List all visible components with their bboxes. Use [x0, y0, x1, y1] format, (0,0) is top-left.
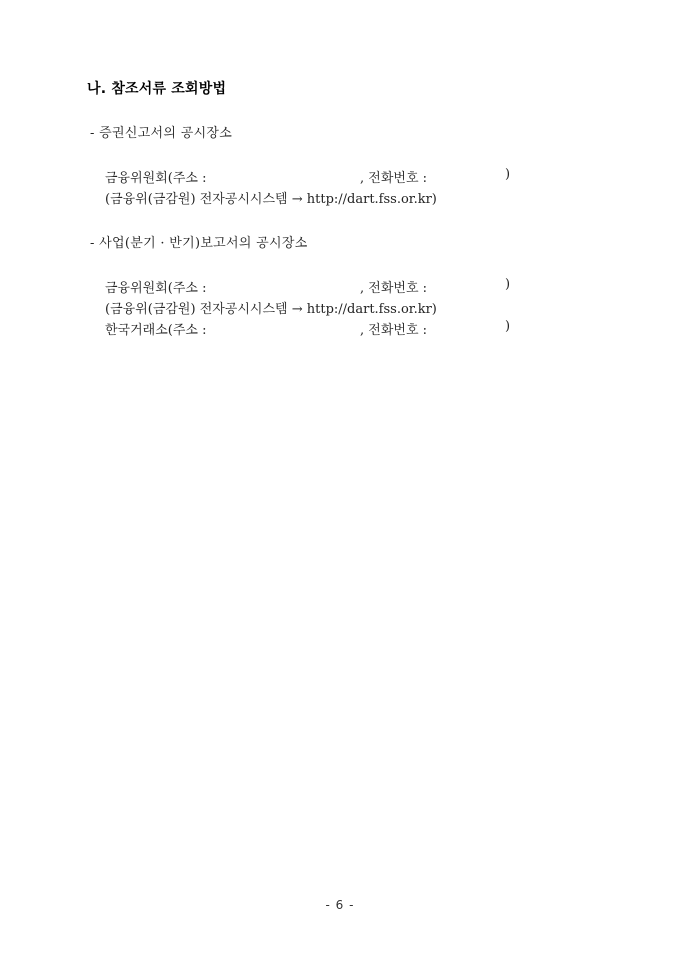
section-heading: 나. 참조서류 조회방법 [87, 78, 226, 98]
address-label: 금융위원회(주소 : [105, 277, 207, 296]
phone-label: , 전화번호 : [360, 319, 427, 338]
closing-paren: ) [505, 167, 510, 182]
closing-paren: ) [505, 277, 510, 292]
dart-system-line: (금융위(금감원) 전자공시시스템 → http://dart.fss.or.k… [105, 298, 525, 316]
contact-line-krx: 한국거래소(주소 : , 전화번호 : ) [105, 319, 525, 337]
address-label: 금융위원회(주소 : [105, 167, 207, 186]
phone-label: , 전화번호 : [360, 167, 427, 186]
page-number: - 6 - [0, 898, 680, 912]
subsection-title-business-report: - 사업(분기 · 반기)보고서의 공시장소 [90, 232, 308, 251]
subsection-title-securities-report: - 증권신고서의 공시장소 [90, 122, 232, 141]
closing-paren: ) [505, 319, 510, 334]
address-label: 한국거래소(주소 : [105, 319, 207, 338]
phone-label: , 전화번호 : [360, 277, 427, 296]
contact-line-fsc: 금융위원회(주소 : , 전화번호 : ) [105, 167, 525, 185]
dart-system-line: (금융위(금감원) 전자공시시스템 → http://dart.fss.or.k… [105, 188, 525, 206]
contact-line-fsc: 금융위원회(주소 : , 전화번호 : ) [105, 277, 525, 295]
